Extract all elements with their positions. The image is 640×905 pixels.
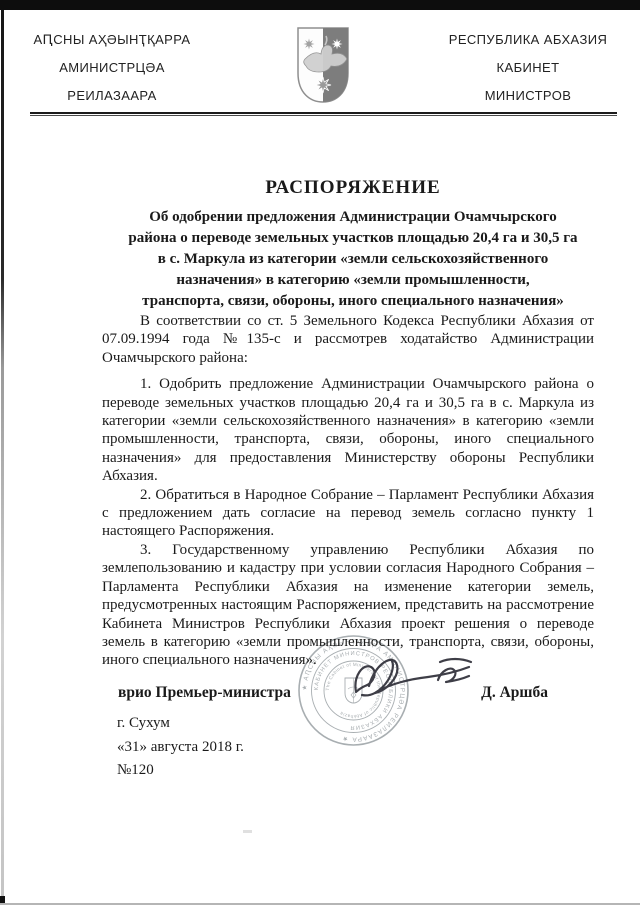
scan-corner-artifact (0, 896, 5, 903)
letterhead-abkhaz: АԤСНЫ АҲӘЫНҬҚАРРА АМИНИСТРЦӘА РЕИЛАЗААРА (26, 26, 198, 110)
subject-line: района о переводе земельных участков пло… (93, 228, 613, 249)
letterhead-abkhaz-line: РЕИЛАЗААРА (26, 82, 198, 110)
ordinance-item-2: 2. Обратиться в Народное Собрание – Парл… (102, 486, 594, 541)
document-meta: г. Сухум «31» августа 2018 г. №120 (117, 712, 244, 783)
subject-line: Об одобрении предложения Администрации О… (93, 207, 613, 228)
letterhead-russian-line: МИНИСТРОВ (442, 82, 614, 110)
document-title: РАСПОРЯЖЕНИЕ (103, 177, 603, 199)
coat-of-arms-icon (295, 25, 351, 105)
subject-line: в с. Маркула из категории «земли сельско… (93, 249, 613, 270)
letterhead-abkhaz-line: АԤСНЫ АҲӘЫНҬҚАРРА (26, 26, 198, 54)
header-divider (30, 112, 617, 116)
document-body: В соответствии со ст. 5 Земельного Кодек… (102, 312, 594, 670)
ordinance-item-1: 1. Одобрить предложение Администрации Оч… (102, 375, 594, 485)
document-subject: Об одобрении предложения Администрации О… (93, 207, 613, 312)
signature-row: врио Премьер-министра Д. Аршба (118, 684, 548, 702)
signer-position: врио Премьер-министра (118, 684, 291, 702)
letterhead-russian-line: КАБИНЕТ (442, 54, 614, 82)
letterhead-russian: РЕСПУБЛИКА АБХАЗИЯ КАБИНЕТ МИНИСТРОВ (442, 26, 614, 110)
subject-line: назначения» в категорию «земли промышлен… (93, 270, 613, 291)
signer-name: Д. Аршба (481, 684, 548, 702)
signature-scribble (342, 650, 477, 708)
intro-paragraph: В соответствии со ст. 5 Земельного Кодек… (102, 312, 594, 367)
scan-top-border (0, 0, 640, 10)
document-page: АԤСНЫ АҲӘЫНҬҚАРРА АМИНИСТРЦӘА РЕИЛАЗААРА… (0, 0, 640, 905)
meta-date: «31» августа 2018 г. (117, 736, 244, 760)
scan-speck (243, 830, 252, 833)
scan-left-border (1, 10, 4, 905)
meta-city: г. Сухум (117, 712, 244, 736)
letterhead-abkhaz-line: АМИНИСТРЦӘА (26, 54, 198, 82)
letterhead-russian-line: РЕСПУБЛИКА АБХАЗИЯ (442, 26, 614, 54)
subject-line: транспорта, связи, обороны, иного специа… (93, 291, 613, 312)
meta-number: №120 (117, 759, 244, 783)
